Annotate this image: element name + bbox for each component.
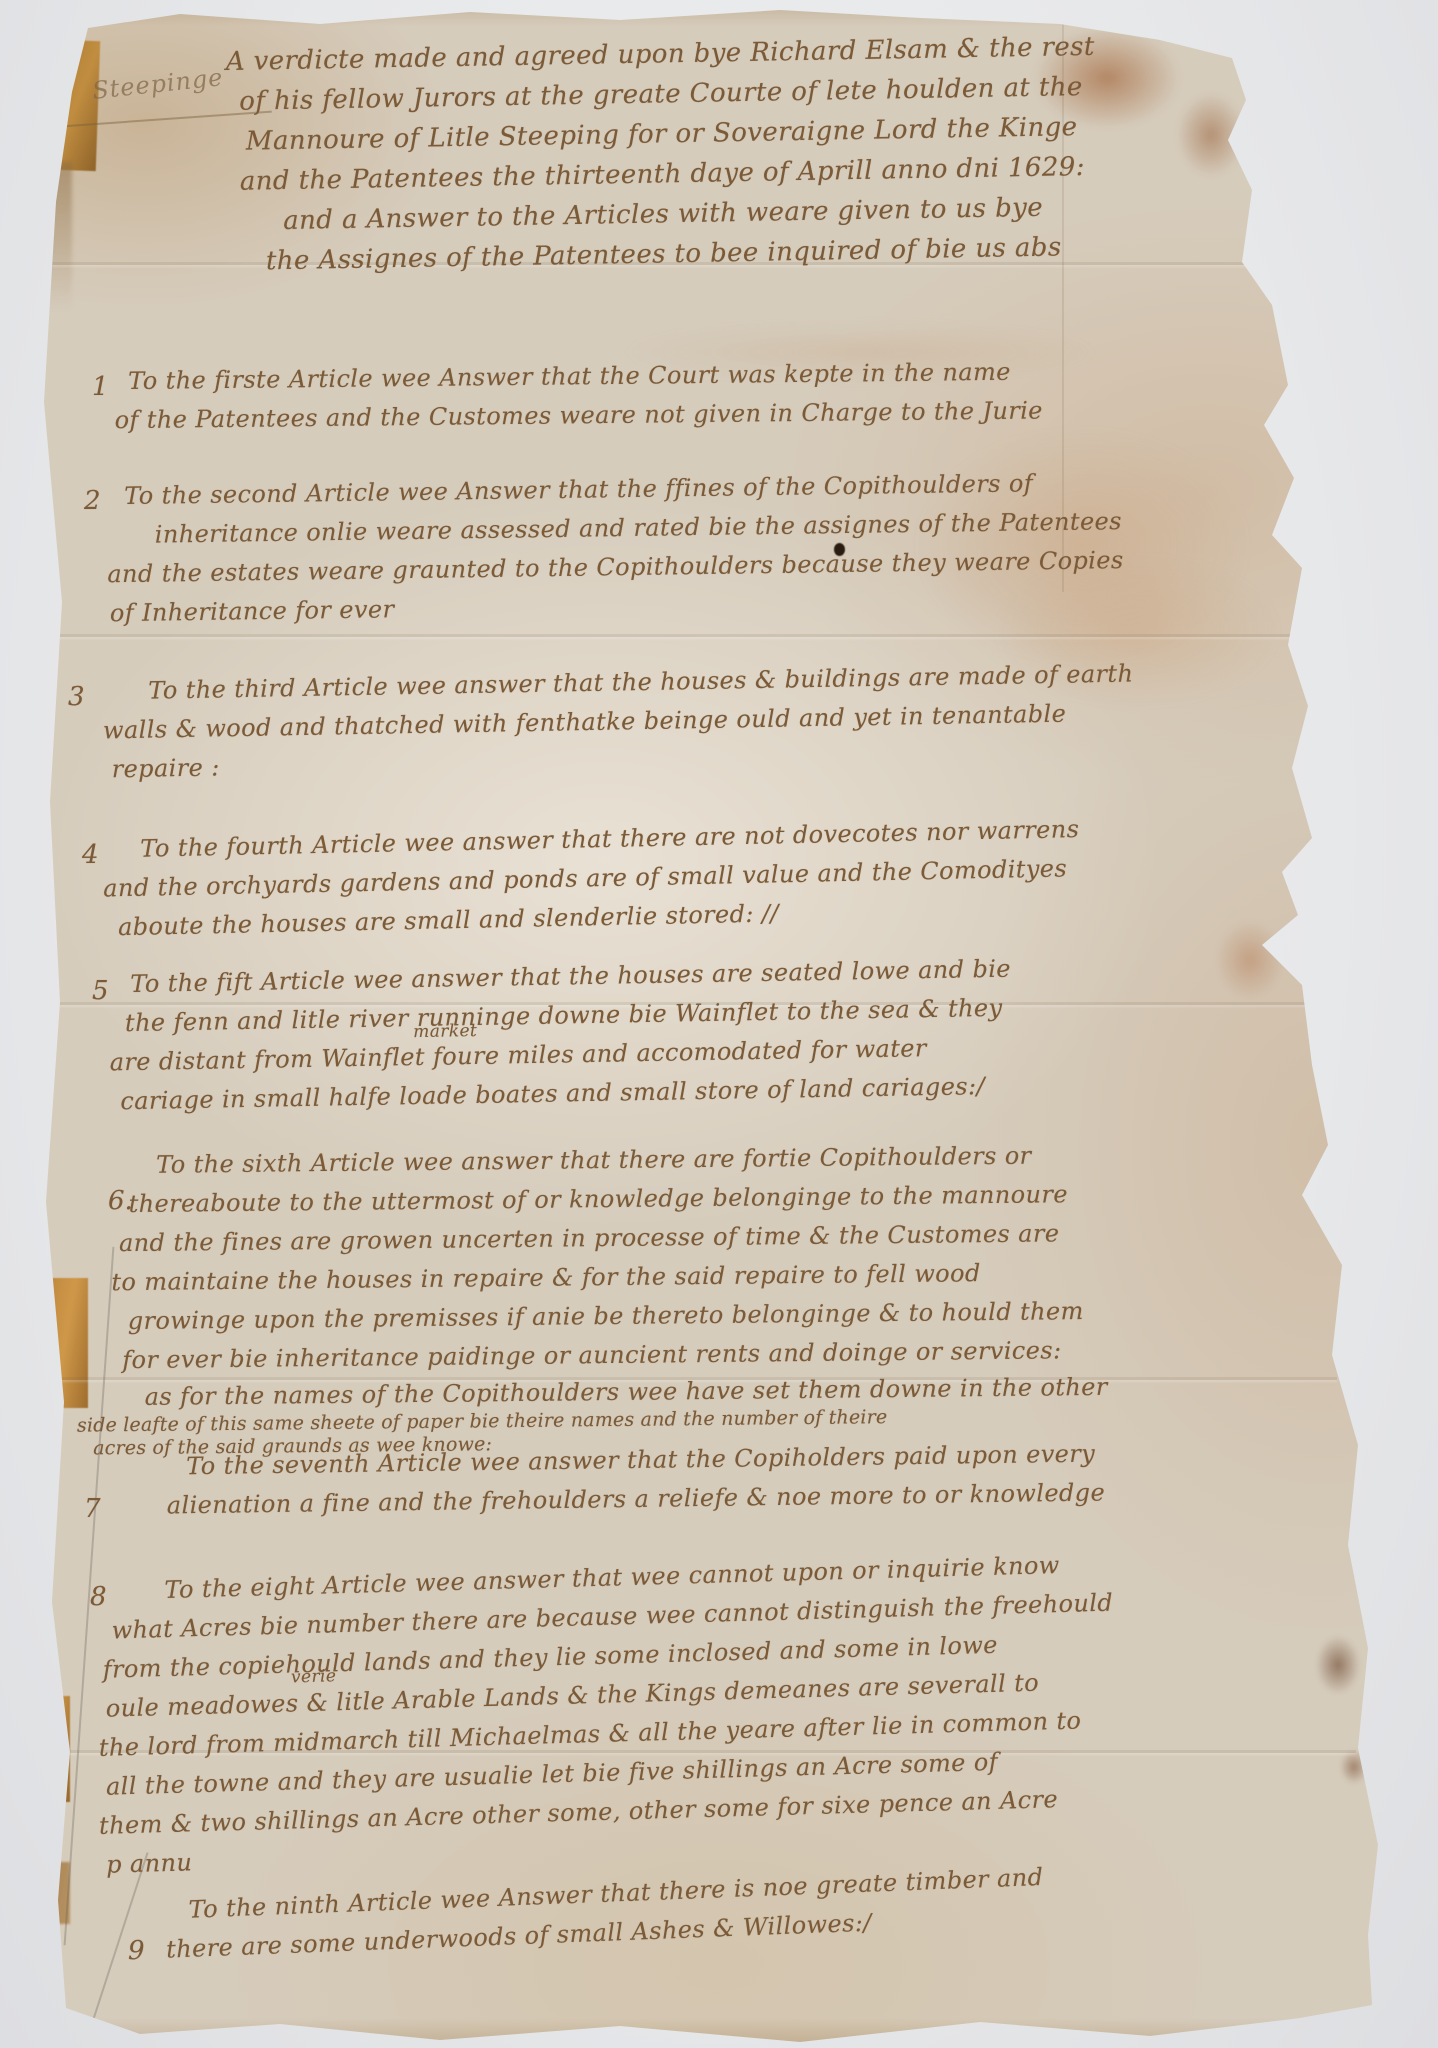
document-header: A verdicte made and agreed upon bye Rich… [225, 27, 1099, 282]
tape-residue-bottom-left [40, 1862, 70, 1924]
article-8: To the eight Article wee answer that wee… [128, 1545, 1116, 1884]
tape-residue-bottom-left [28, 1696, 70, 1802]
tape-residue-top-left [28, 39, 100, 171]
show-through-stain [1215, 920, 1285, 1000]
article-number: 4 [82, 840, 99, 870]
article-2: To the second Article wee Answer that th… [124, 463, 1106, 633]
article-7: To the seventh Article wee answer that t… [130, 1434, 1111, 1526]
article-number: 5 [92, 976, 109, 1006]
tape-residue-mid-left [34, 1278, 88, 1408]
article-3: To the third Article wee answer that the… [128, 655, 1110, 789]
article-number: 1 [92, 372, 109, 402]
fold-crease [50, 634, 1290, 637]
article-number: 3 [68, 682, 85, 712]
article-number: 7 [84, 1494, 101, 1524]
article-number: 2 [84, 486, 101, 516]
stain-right-edge [1340, 1750, 1368, 1784]
stain-rust-top-right [1176, 92, 1246, 178]
article-5: To the fift Article wee answer that the … [130, 948, 1113, 1121]
tape-residue-top-left [30, 162, 72, 312]
photo-backdrop: Steepinge A verdicte made and agreed upo… [0, 0, 1438, 2048]
article-4: To the fourth Article wee answer that th… [126, 809, 1108, 946]
manuscript-page: Steepinge A verdicte made and agreed upo… [0, 0, 1438, 2048]
margin-annotation: Steepinge [91, 63, 225, 105]
interlinear-insertion: verie [291, 1666, 337, 1687]
interlinear-insertion: market [413, 1021, 477, 1042]
article-6: To the sixth Article wee answer that the… [132, 1136, 1115, 1460]
article-number: 8 [90, 1582, 107, 1612]
stain-right-edge [1316, 1636, 1360, 1694]
article-1: To the firste Article wee Answer that th… [128, 352, 1109, 440]
